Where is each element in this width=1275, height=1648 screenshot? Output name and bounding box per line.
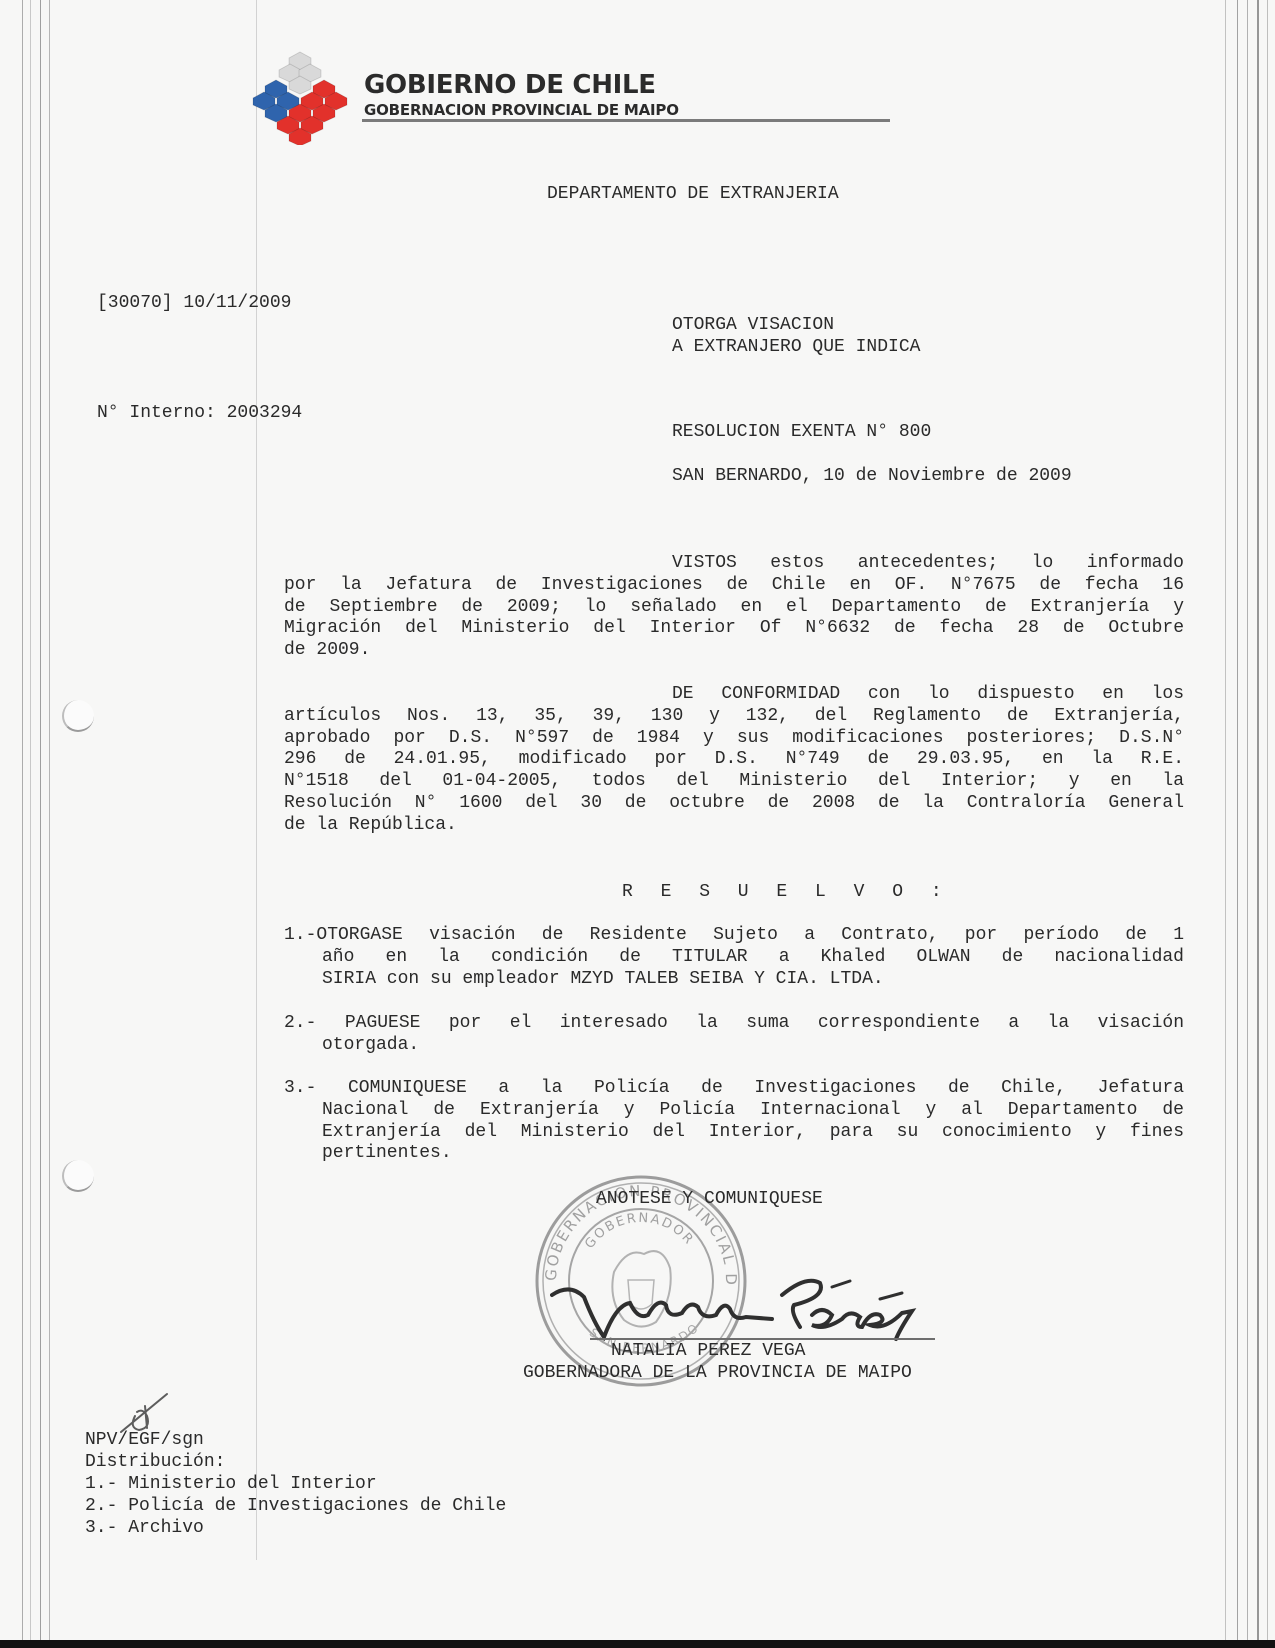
- paragraph-line: de la República.: [284, 815, 1184, 837]
- scan-edge-lines-right: [1225, 0, 1275, 1648]
- punch-hole-icon: [62, 1160, 94, 1192]
- item-line: otorgada.: [284, 1035, 1184, 1057]
- scanned-document-page: GOBIERNO DE CHILE GOBERNACION PROVINCIAL…: [0, 0, 1275, 1648]
- item-line: pertinentes.: [284, 1143, 1184, 1165]
- signer-title: GOBERNADORA DE LA PROVINCIA DE MAIPO: [523, 1363, 912, 1383]
- department-heading: DEPARTAMENTO DE EXTRANJERIA: [547, 183, 839, 205]
- resolution-item-2: 2.- PAGUESE por el interesado la suma co…: [284, 1013, 1184, 1057]
- subject-line-1: OTORGA VISACION: [672, 314, 834, 336]
- reference-number: [30070] 10/11/2009: [97, 292, 291, 314]
- item-line: SIRIA con su empleador MZYD TALEB SEIBA …: [284, 969, 1184, 991]
- resolution-item-1: 1.-OTORGASE visación de Residente Sujeto…: [284, 925, 1184, 990]
- distribution-item: 2.- Policía de Investigaciones de Chile: [85, 1496, 506, 1516]
- letterhead-title: GOBIERNO DE CHILE: [364, 70, 656, 100]
- item-line: 3.- COMUNIQUESE a la Policía de Investig…: [284, 1078, 1184, 1100]
- paragraph-line: artículos Nos. 13, 35, 39, 130 y 132, de…: [284, 706, 1184, 728]
- paragraph-line: DE CONFORMIDAD con lo dispuesto en los: [284, 684, 1184, 706]
- paragraph-line: de Septiembre de 2009; lo señalado en el…: [284, 597, 1184, 619]
- paragraph-line: de 2009.: [284, 640, 1184, 662]
- typist-initials: NPV/EGF/sgn: [85, 1430, 204, 1450]
- distribution-label: Distribución:: [85, 1452, 225, 1472]
- scan-edge-lines-left: [18, 0, 56, 1648]
- svg-text:GOBERNADOR: GOBERNADOR: [582, 1211, 697, 1252]
- item-line: Extranjería del Ministerio del Interior,…: [284, 1122, 1184, 1144]
- letterhead-rule: [362, 119, 890, 122]
- paragraph-line: Migración del Ministerio del Interior Of…: [284, 618, 1184, 640]
- scan-fold-line: [256, 0, 257, 1560]
- internal-number: N° Interno: 2003294: [97, 402, 302, 424]
- item-line: Nacional de Extranjería y Policía Intern…: [284, 1100, 1184, 1122]
- place-and-date: SAN BERNARDO, 10 de Noviembre de 2009: [672, 465, 1072, 487]
- letterhead-subtitle: GOBERNACION PROVINCIAL DE MAIPO: [364, 101, 679, 119]
- resolution-number: RESOLUCION EXENTA N° 800: [672, 421, 931, 443]
- item-line: año en la condición de TITULAR a Khaled …: [284, 947, 1184, 969]
- paragraph-line: Resolución N° 1600 del 30 de octubre de …: [284, 793, 1184, 815]
- paragraph-line: 296 de 24.01.95, modificado por D.S. N°7…: [284, 749, 1184, 771]
- subject-line-2: A EXTRANJERO QUE INDICA: [672, 336, 920, 358]
- paragraph-line: N°1518 del 01-04-2005, todos del Ministe…: [284, 771, 1184, 793]
- vistos-paragraph: VISTOS estos antecedentes; lo informado …: [284, 553, 1184, 662]
- conformidad-paragraph: DE CONFORMIDAD con lo dispuesto en los a…: [284, 684, 1184, 837]
- item-line: 2.- PAGUESE por el interesado la suma co…: [284, 1013, 1184, 1035]
- distribution-item: 1.- Ministerio del Interior: [85, 1474, 377, 1494]
- signature-line: [590, 1338, 935, 1340]
- item-line: 1.-OTORGASE visación de Residente Sujeto…: [284, 925, 1184, 947]
- handwritten-signature-icon: [550, 1275, 950, 1345]
- signer-name: NATALIA PEREZ VEGA: [611, 1341, 805, 1361]
- paragraph-line: por la Jefatura de Investigaciones de Ch…: [284, 575, 1184, 597]
- closing-phrase: ANOTESE Y COMUNIQUESE: [596, 1189, 823, 1209]
- resolution-item-3: 3.- COMUNIQUESE a la Policía de Investig…: [284, 1078, 1184, 1165]
- chile-government-logo-icon: [250, 50, 350, 145]
- scan-bottom-edge: [0, 1640, 1275, 1648]
- paragraph-line: aprobado por D.S. N°597 de 1984 y sus mo…: [284, 728, 1184, 750]
- paragraph-line: VISTOS estos antecedentes; lo informado: [284, 553, 1184, 575]
- distribution-item: 3.- Archivo: [85, 1518, 204, 1538]
- resuelvo-heading: R E S U E L V O :: [622, 882, 950, 902]
- punch-hole-icon: [62, 700, 94, 732]
